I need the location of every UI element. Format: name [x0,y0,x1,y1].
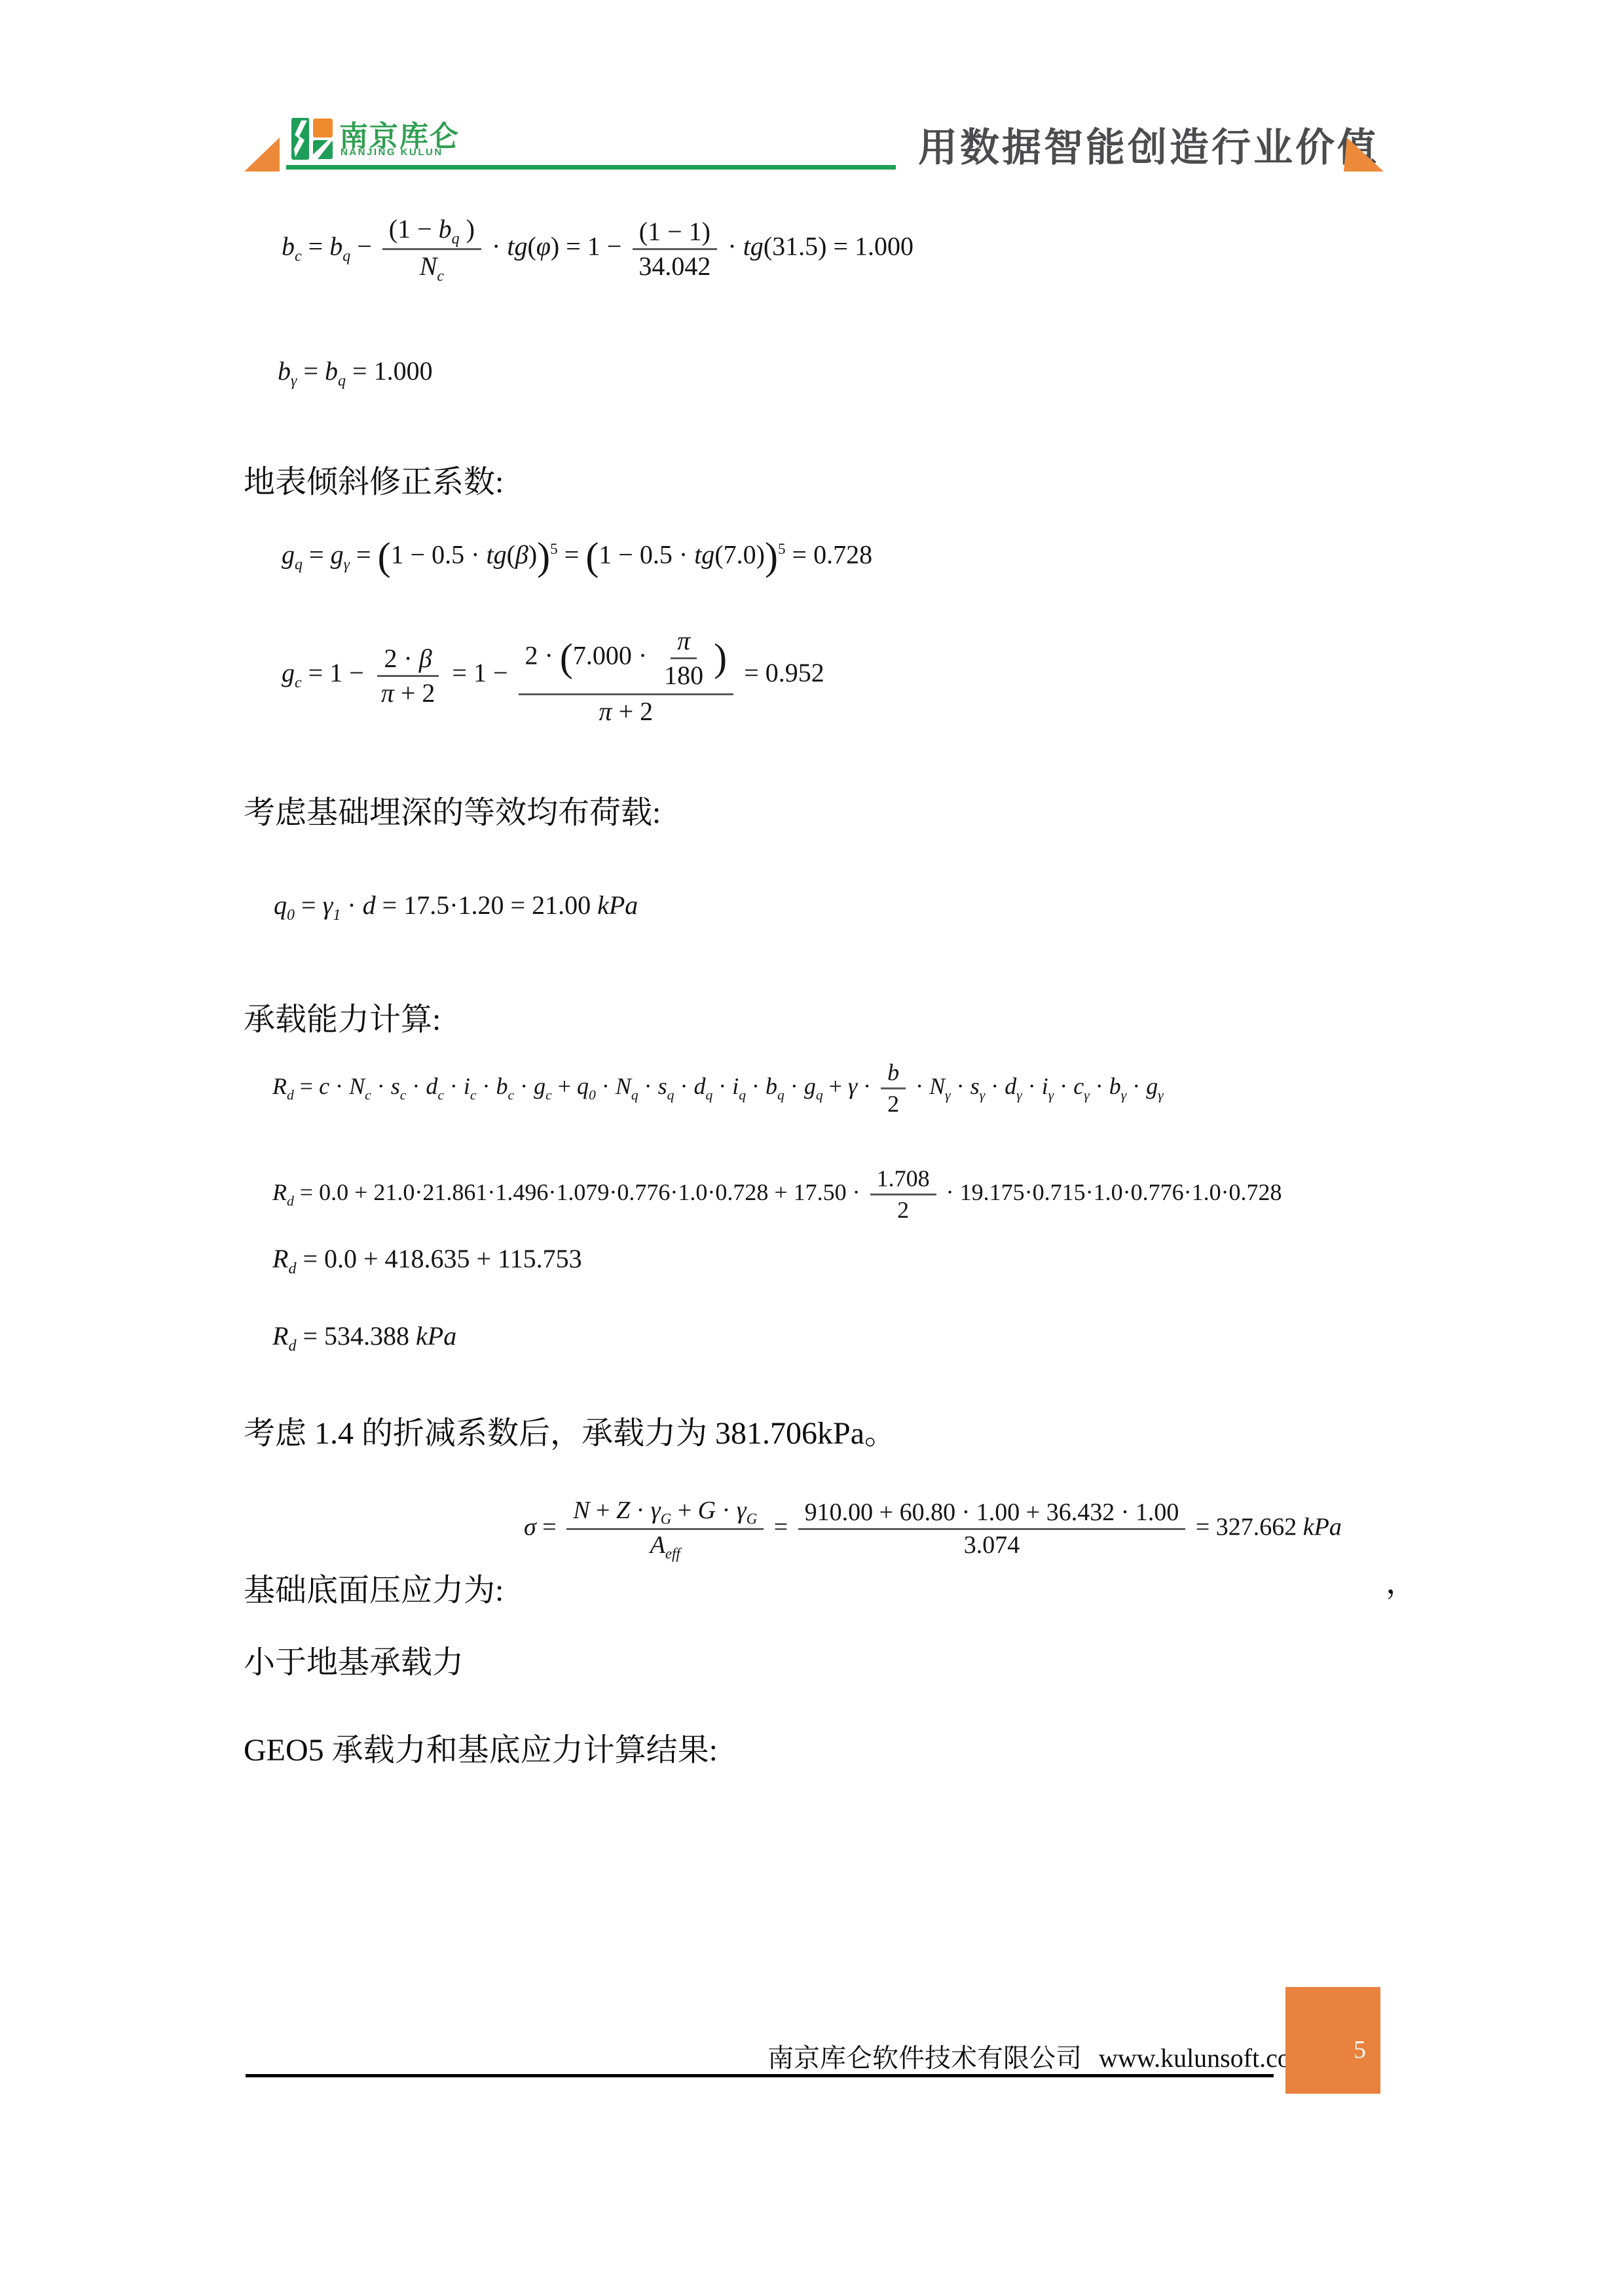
header-left-triangle-icon [244,137,280,172]
page-number-box: 5 [1285,1987,1380,2094]
fraction: (1 − 1)34.042 [632,215,717,283]
report-page: 南京库仑 NANJING KULUN 用数据智能创造行业价值 bc = bq −… [0,0,1624,2296]
footer-website: www.kulunsoft.com [1099,2043,1311,2073]
kulun-logo-icon [291,118,333,160]
logo-text-english: NANJING KULUN [341,147,443,158]
formula-bgamma: bγ = bq = 1.000 [278,355,433,389]
heading-bearing-capacity: 承载能力计算: [244,994,441,1039]
sigma-trailing-comma: ， [1386,1557,1417,1602]
fraction: b2 [881,1058,906,1120]
formula-sigma: σ = N + Z · γG + G · γGAeff = 910.00 + 6… [524,1495,1342,1563]
footer-company-line: 南京库仑软件技术有限公司www.kulunsoft.com [767,2037,1311,2075]
header-slogan: 用数据智能创造行业价值 [918,117,1379,173]
paragraph-less-than: 小于地基承载力 [244,1637,464,1682]
formula-rd-result: Rd = 534.388 kPa [272,1320,456,1354]
header-divider-line [286,165,896,170]
footer-company: 南京库仑软件技术有限公司 [767,2043,1082,2073]
formula-rd-sum: Rd = 0.0 + 418.635 + 115.753 [272,1243,582,1277]
fraction: 910.00 + 60.80 · 1.00 + 36.432 · 1.003.0… [798,1497,1186,1561]
paragraph-reduction: 考虑 1.4 的折减系数后，承载力为 381.706kPa。 [244,1408,896,1453]
fraction: N + Z · γG + G · γGAeff [566,1495,764,1563]
sigma-label: 基础底面压应力为: [244,1565,504,1610]
formula-rd-numeric: Rd = 0.0 + 21.0·21.861·1.496·1.079·0.776… [272,1164,1282,1226]
fraction: π180 [657,625,710,692]
formula-bc: bc = bq − (1 − bq )Nc · tg(φ) = 1 − (1 −… [282,213,913,285]
fraction: (1 − bq )Nc [382,213,481,285]
formula-q0: q0 = γ1 · d = 17.5·1.20 = 21.00 kPa [274,889,638,923]
page-number: 5 [1354,2035,1366,2064]
formula-gc: gc = 1 − 2 · βπ + 2 = 1 − 2 · (7.000 · π… [282,623,824,728]
fraction: 2 · βπ + 2 [375,642,442,710]
heading-slope-correction: 地表倾斜修正系数: [244,456,504,501]
formula-rd-symbolic: Rd = c · Nc · sc · dc · ic · bc · gc + q… [272,1058,1164,1120]
fraction: 2 · (7.000 · π180)π + 2 [519,623,734,728]
fraction: 1.7082 [870,1164,936,1226]
paragraph-geo5: GEO5 承载力和基底应力计算结果: [244,1724,718,1770]
formula-gq: gq = gγ = (1 − 0.5 · tg(β))5 = (1 − 0.5 … [282,537,872,576]
heading-equivalent-load: 考虑基础埋深的等效均布荷载: [244,787,661,832]
footer-rule [246,2074,1274,2077]
